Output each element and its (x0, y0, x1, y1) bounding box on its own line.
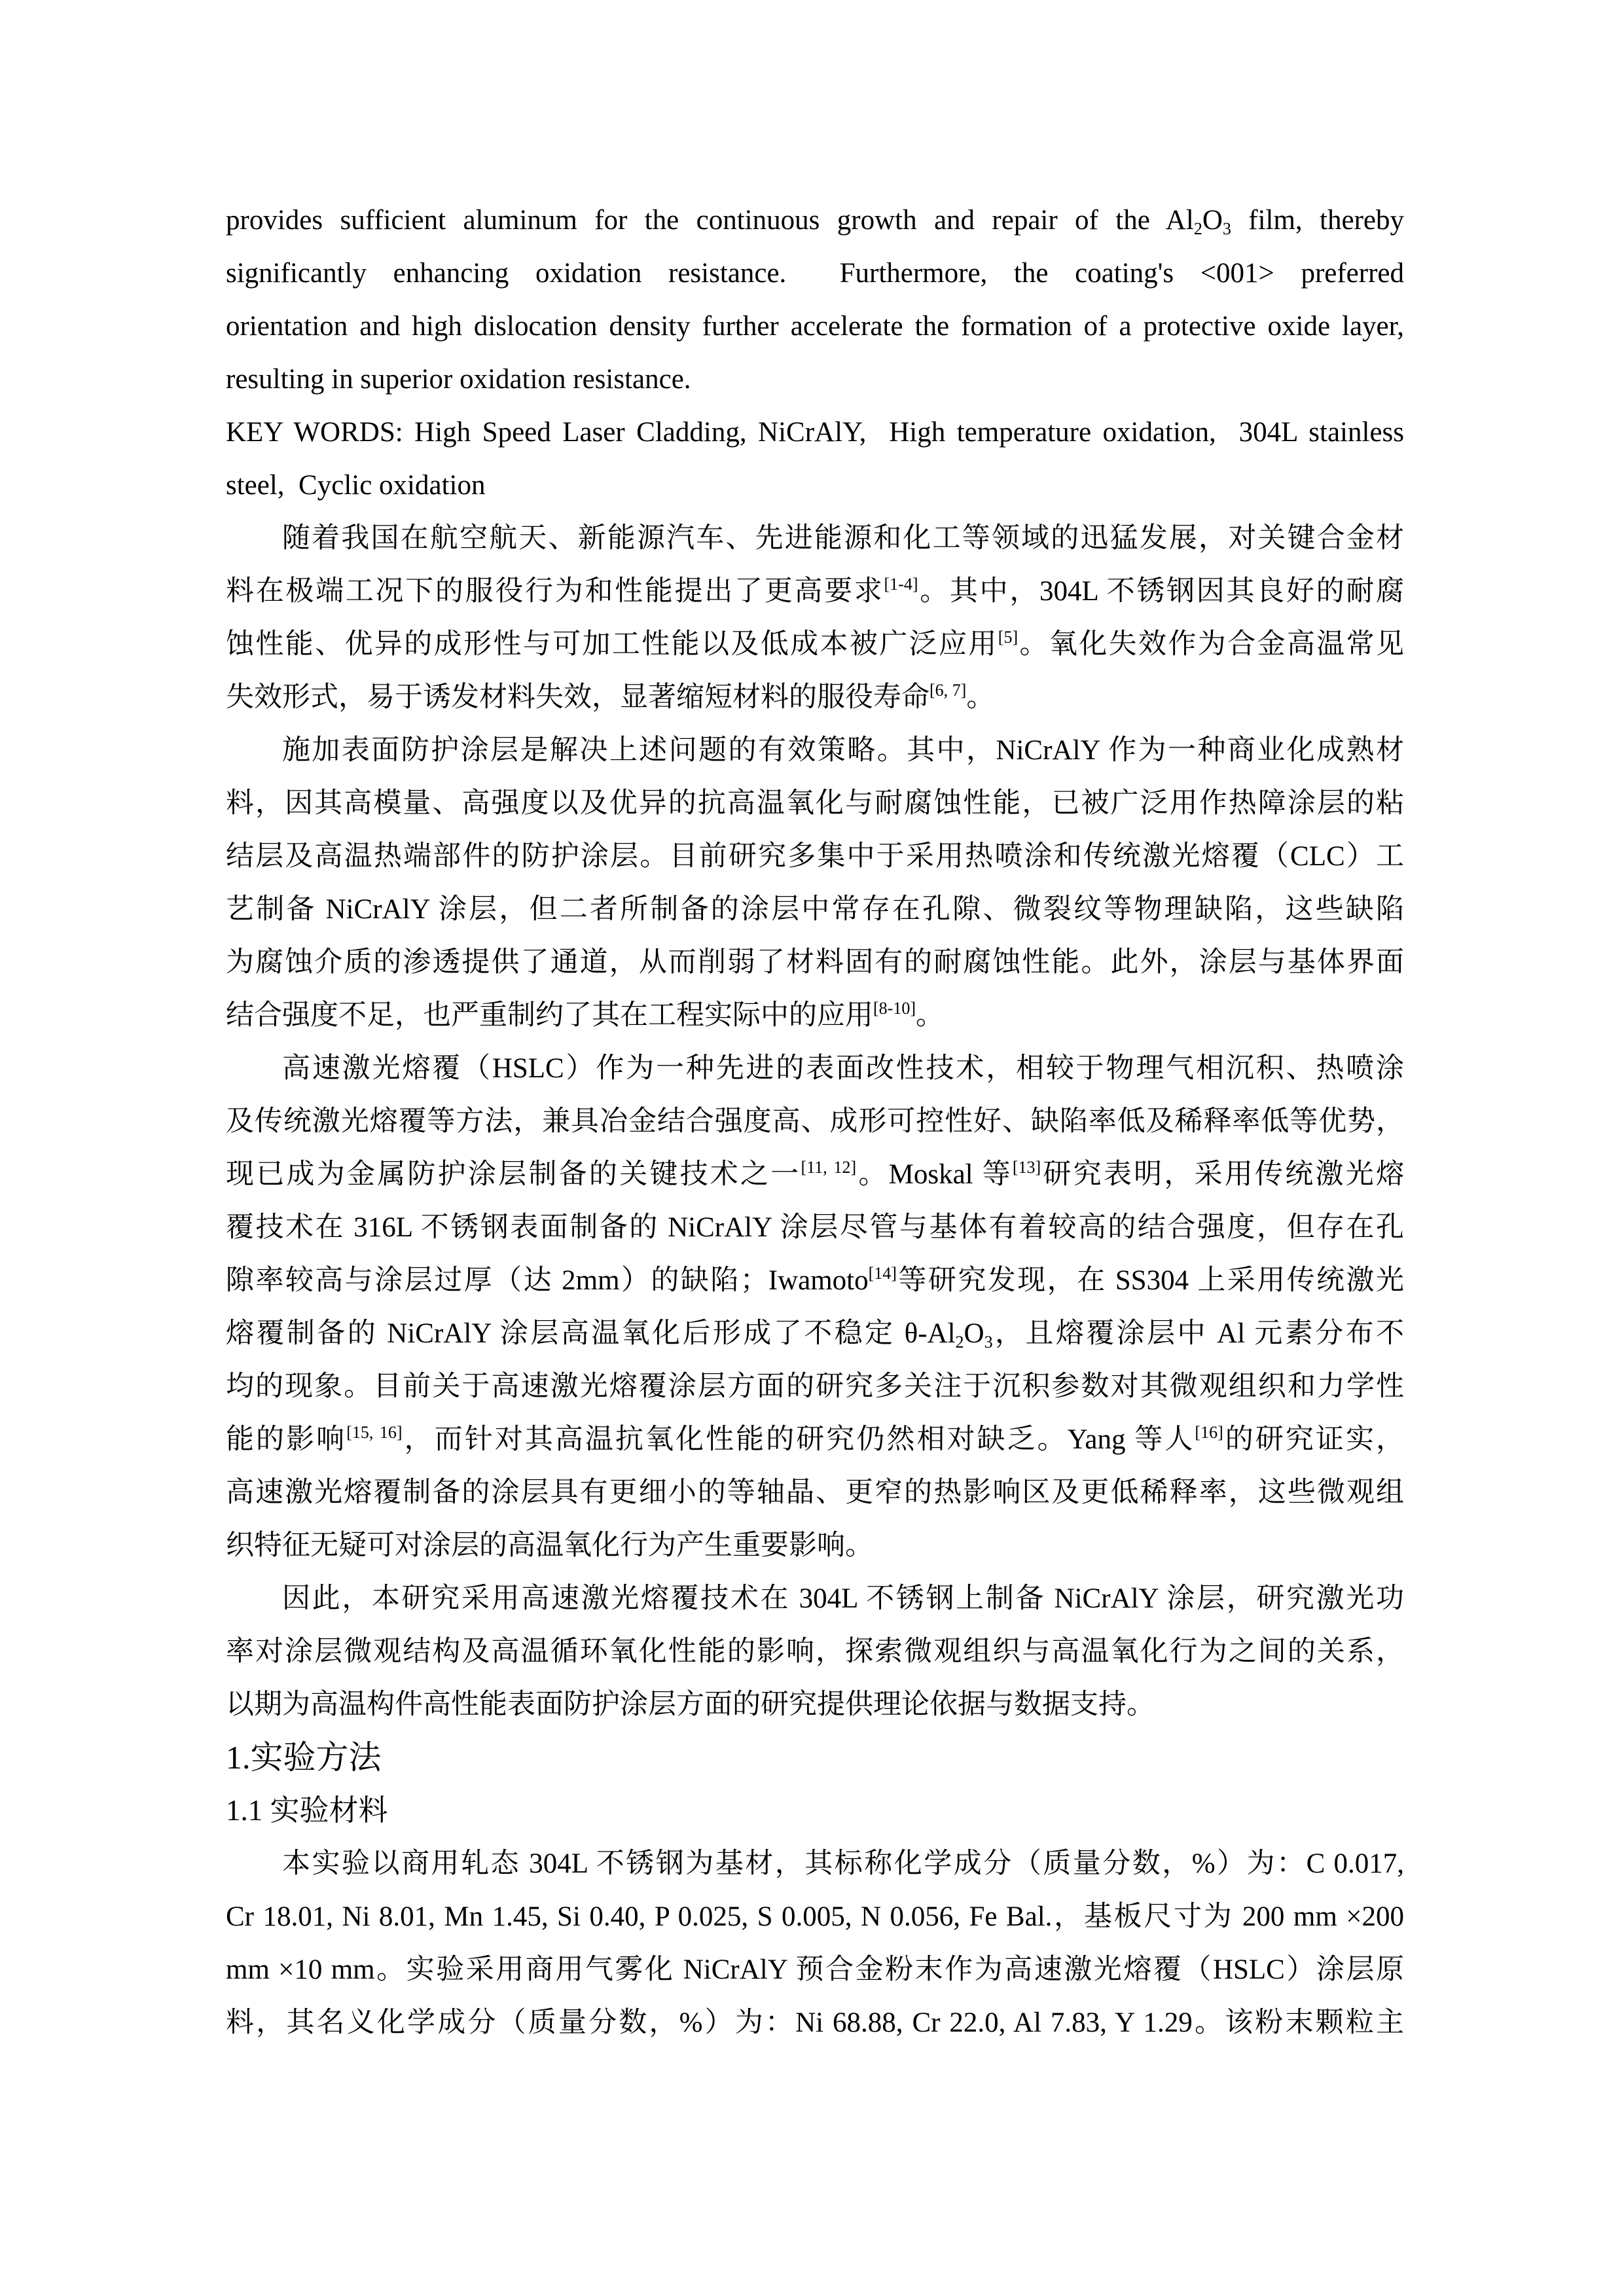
text-line: orientation and high dislocation density… (226, 300, 1404, 353)
text-line: 高速激光熔覆制备的涂层具有更细小的等轴晶、更窄的热影响区及更低稀释率，这些微观组 (226, 1466, 1404, 1519)
text-line: KEY WORDS: High Speed Laser Cladding, Ni… (226, 406, 1404, 459)
text-line: 覆技术在 316L 不锈钢表面制备的 NiCrAlY 涂层尽管与基体有着较高的结… (226, 1201, 1404, 1254)
citation-superscript: [8-10] (873, 999, 916, 1018)
chemical-subscript: 3 (984, 1333, 993, 1352)
chemical-subscript: 2 (956, 1333, 964, 1352)
text-line: 结层及高温热端部件的防护涂层。目前研究多集中于采用热喷涂和传统激光熔覆（CLC）… (226, 830, 1404, 883)
document-page: { "page": { "background_color": "#ffffff… (0, 0, 1624, 2296)
text-line: 率对涂层微观结构及高温循环氧化性能的影响，探索微观组织与高温氧化行为之间的关系， (226, 1625, 1404, 1678)
text-line: 隙率较高与涂层过厚（达 2mm）的缺陷；Iwamoto[14]等研究发现，在 S… (226, 1254, 1404, 1307)
text-line: provides sufficient aluminum for the con… (226, 194, 1404, 247)
text-line: 高速激光熔覆（HSLC）作为一种先进的表面改性技术，相较于物理气相沉积、热喷涂 (226, 1042, 1404, 1095)
citation-superscript: [6, 7] (929, 681, 966, 700)
manuscript-page: provides sufficient aluminum for the con… (0, 0, 1624, 2296)
text-line: 因此，本研究采用高速激光熔覆技术在 304L 不锈钢上制备 NiCrAlY 涂层… (226, 1572, 1404, 1625)
text-line: 随着我国在航空航天、新能源汽车、先进能源和化工等领域的迅猛发展，对关键合金材 (226, 512, 1404, 565)
text-line: mm ×10 mm。实验采用商用气雾化 NiCrAlY 预合金粉末作为高速激光熔… (226, 1943, 1404, 1996)
text-line: steel, Cyclic oxidation (226, 459, 1404, 512)
citation-superscript: [5] (998, 628, 1018, 647)
chemical-subscript: 3 (1223, 219, 1231, 238)
text-line: 料在极端工况下的服役行为和性能提出了更高要求[1-4]。其中，304L 不锈钢因… (226, 565, 1404, 618)
text-line: resulting in superior oxidation resistan… (226, 353, 1404, 406)
subsection-heading: 1.1 实验材料 (226, 1784, 1404, 1837)
citation-superscript: [13] (1013, 1158, 1041, 1177)
text-line: 本实验以商用轧态 304L 不锈钢为基材，其标称化学成分（质量分数，%）为：C … (226, 1837, 1404, 1890)
text-line: 结合强度不足，也严重制约了其在工程实际中的应用[8-10]。 (226, 989, 1404, 1042)
text-line: 料，因其高模量、高强度以及优异的抗高温氧化与耐腐蚀性能，已被广泛用作热障涂层的粘 (226, 777, 1404, 830)
citation-superscript: [14] (869, 1264, 897, 1283)
text-line: 及传统激光熔覆等方法，兼具冶金结合强度高、成形可控性好、缺陷率低及稀释率低等优势… (226, 1095, 1404, 1148)
text-line: significantly enhancing oxidation resist… (226, 247, 1404, 300)
text-line: 以期为高温构件高性能表面防护涂层方面的研究提供理论依据与数据支持。 (226, 1678, 1404, 1731)
chemical-subscript: 2 (1194, 219, 1202, 238)
text-line: Cr 18.01, Ni 8.01, Mn 1.45, Si 0.40, P 0… (226, 1890, 1404, 1943)
citation-superscript: [11, 12] (801, 1158, 857, 1177)
text-line: 失效形式，易于诱发材料失效，显著缩短材料的服役寿命[6, 7]。 (226, 671, 1404, 724)
citation-superscript: [1-4] (884, 575, 918, 594)
text-line: 均的现象。目前关于高速激光熔覆涂层方面的研究多关注于沉积参数对其微观组织和力学性 (226, 1360, 1404, 1413)
text-line: 现已成为金属防护涂层制备的关键技术之一[11, 12]。Moskal 等[13]… (226, 1148, 1404, 1201)
text-line: 艺制备 NiCrAlY 涂层，但二者所制备的涂层中常存在孔隙、微裂纹等物理缺陷，… (226, 883, 1404, 936)
text-line: 织特征无疑可对涂层的高温氧化行为产生重要影响。 (226, 1519, 1404, 1572)
text-line: 料，其名义化学成分（质量分数，%）为：Ni 68.88, Cr 22.0, Al… (226, 1996, 1404, 2049)
text-line: 为腐蚀介质的渗透提供了通道，从而削弱了材料固有的耐腐蚀性能。此外，涂层与基体界面 (226, 936, 1404, 989)
citation-superscript: [15, 16] (346, 1423, 402, 1442)
text-line: 施加表面防护涂层是解决上述问题的有效策略。其中，NiCrAlY 作为一种商业化成… (226, 724, 1404, 777)
document-content: provides sufficient aluminum for the con… (226, 194, 1404, 2049)
text-line: 熔覆制备的 NiCrAlY 涂层高温氧化后形成了不稳定 θ-Al2O3，且熔覆涂… (226, 1307, 1404, 1360)
text-line: 蚀性能、优异的成形性与可加工性能以及低成本被广泛应用[5]。氧化失效作为合金高温… (226, 618, 1404, 671)
citation-superscript: [16] (1195, 1423, 1223, 1442)
section-heading: 1.实验方法 (226, 1731, 1404, 1784)
text-line: 能的影响[15, 16]，而针对其高温抗氧化性能的研究仍然相对缺乏。Yang 等… (226, 1413, 1404, 1466)
